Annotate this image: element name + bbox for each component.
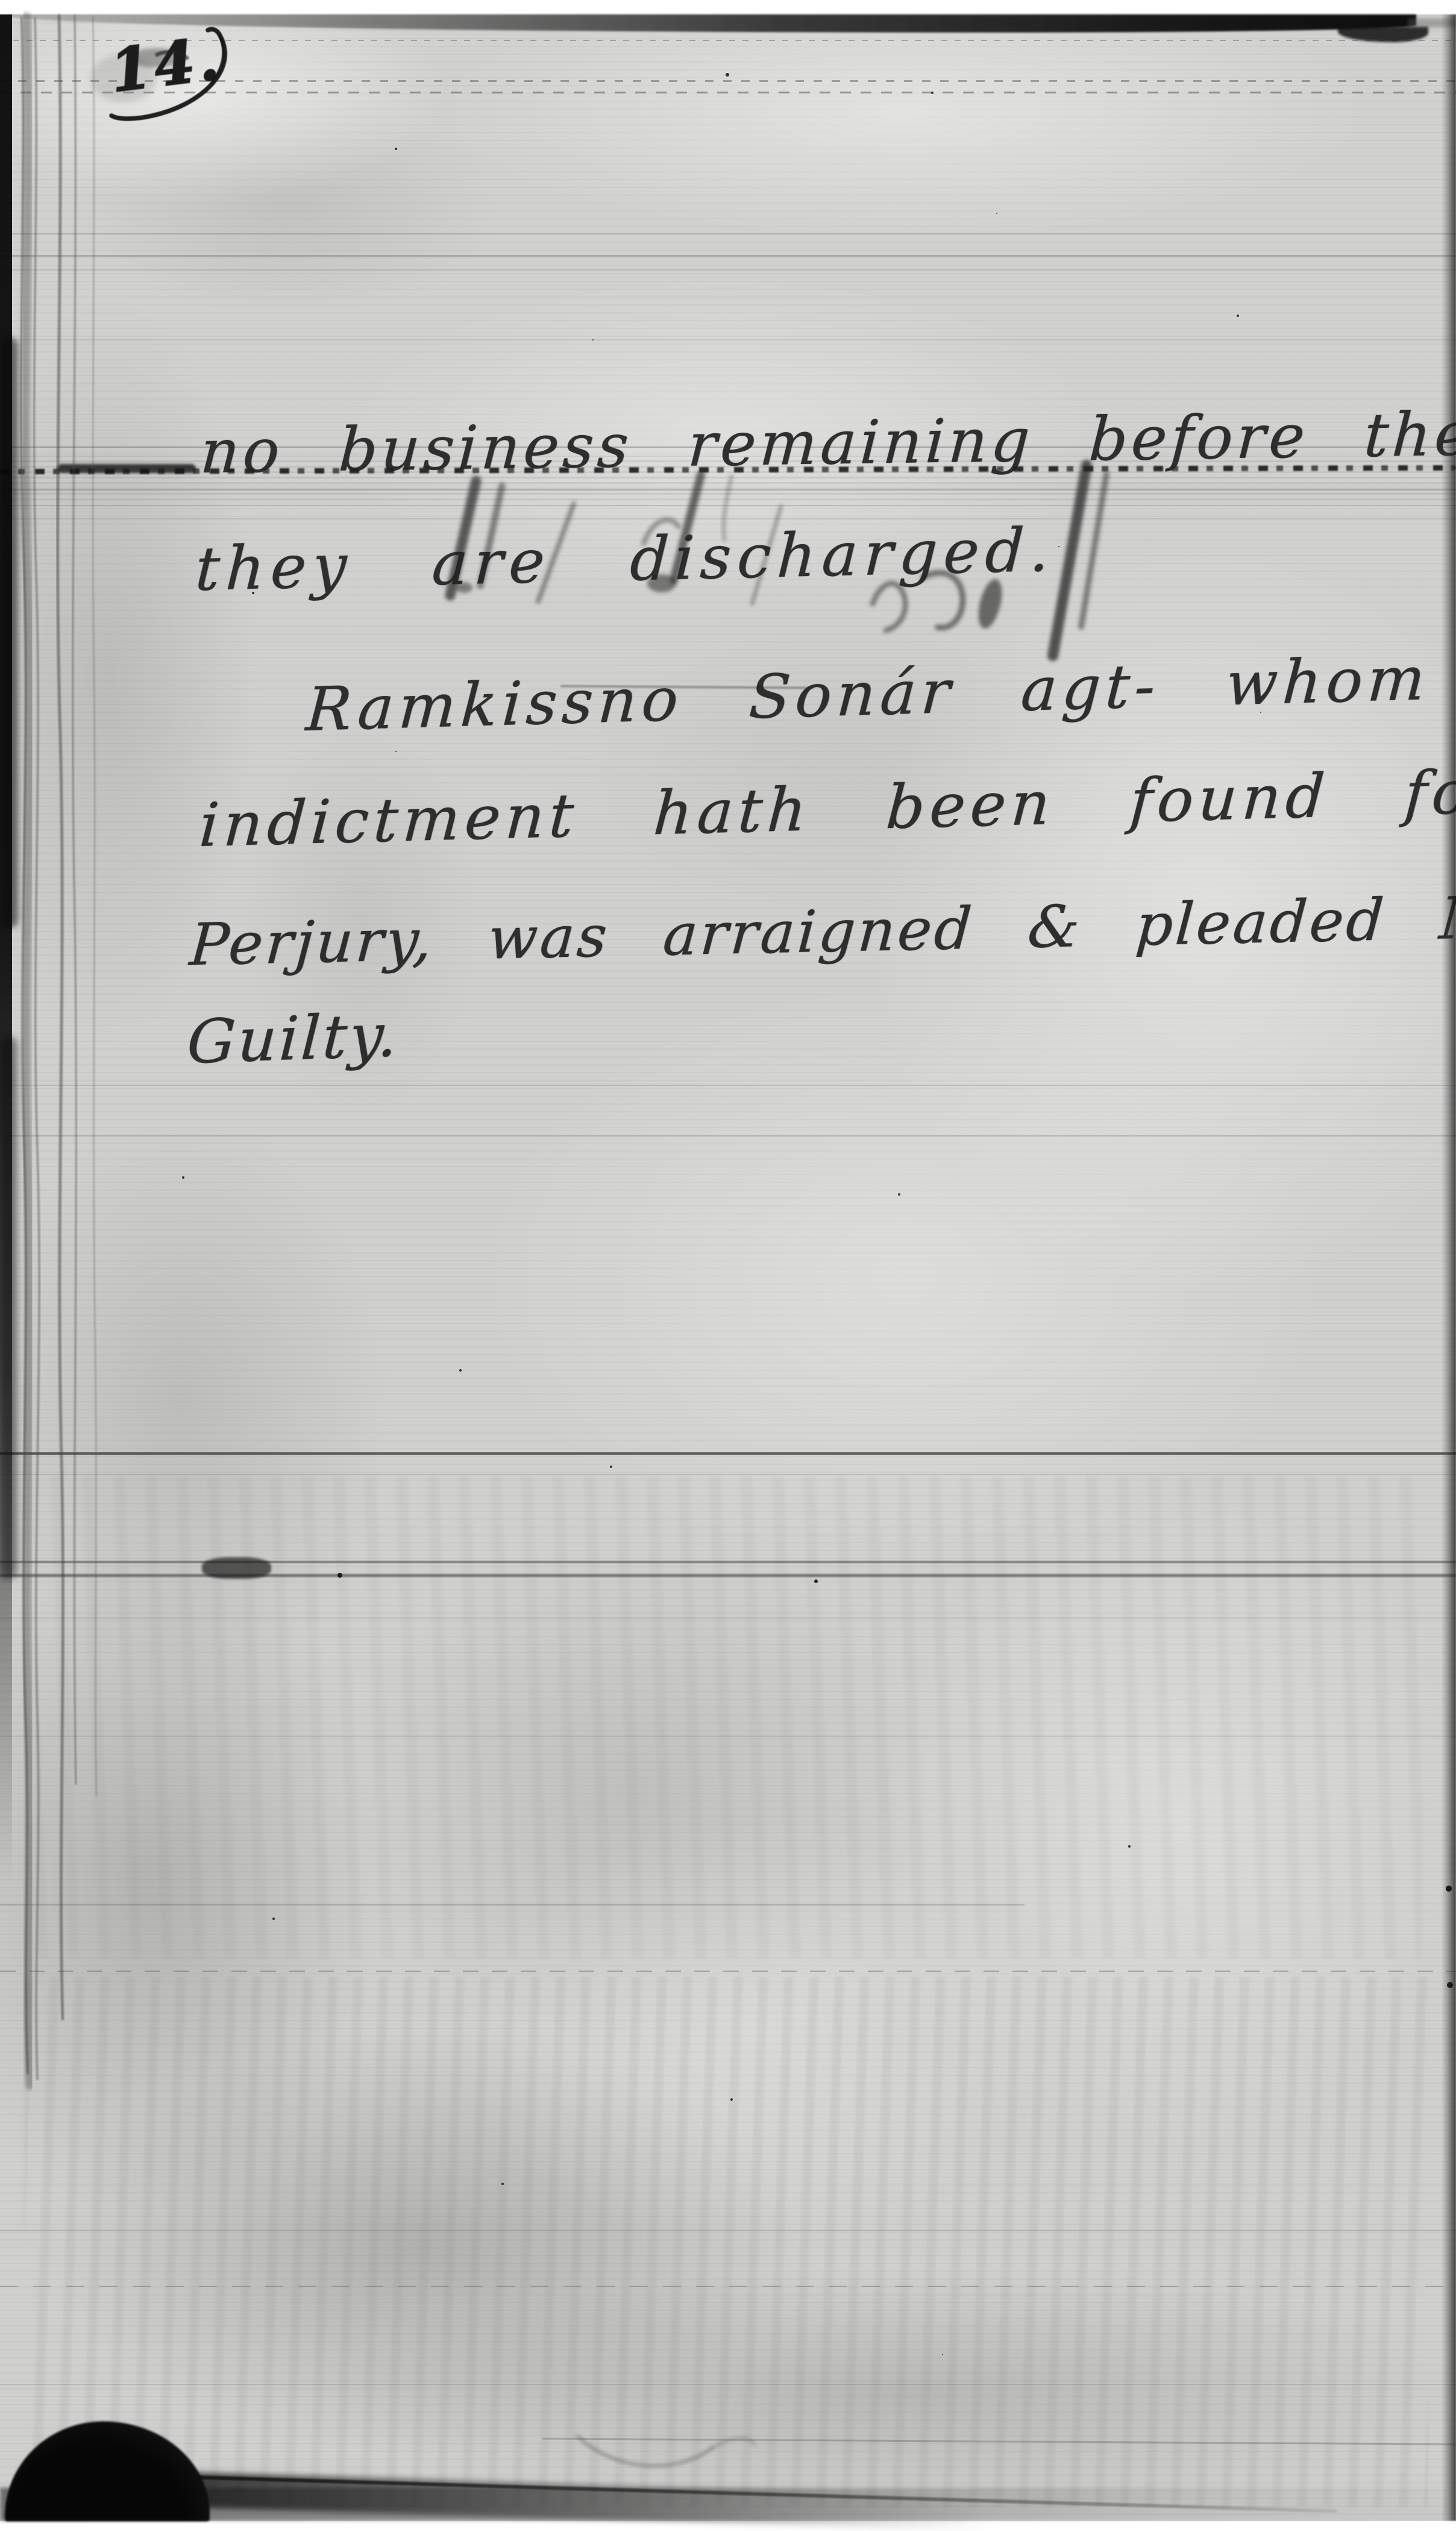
binding-edge-shadow <box>0 14 12 1883</box>
scanned-manuscript-screenshot: 14. no business remaining befor <box>0 0 1456 2531</box>
manuscript-line: they are discharged. <box>194 520 1056 600</box>
page-number: 14. <box>107 24 225 105</box>
binding-edge-shadow <box>0 337 18 928</box>
manuscript-line: Guilty. <box>186 1005 401 1073</box>
bottom-faint-mark <box>577 2436 755 2466</box>
binding-edge-shadow <box>0 1037 17 1579</box>
manuscript-line: no business remaining before them <box>199 403 1456 482</box>
decorative-art: 14. <box>0 0 1456 2531</box>
paper-specks <box>0 0 2 2</box>
page-number-group: 14. <box>90 24 225 119</box>
page-right-edge-shadow <box>1442 14 1456 2521</box>
binding-gutter-lines <box>21 16 96 2085</box>
